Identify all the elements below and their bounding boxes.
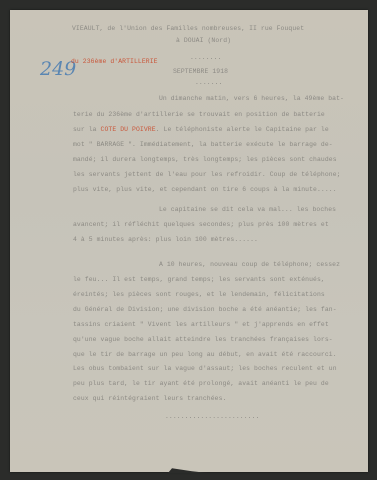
footer-separator: ........................ xyxy=(165,413,259,420)
paragraph-3-line-10: ceux qui réintégraient leurs tranchées. xyxy=(73,395,226,402)
paragraph-2-line-2: avancent; il réfléchit quelques secondes… xyxy=(73,221,329,228)
paragraph-3-line-5: tassins criaient " Vivent les artilleurs… xyxy=(73,321,329,328)
paragraph-1-line-3: sur la COTE DU POIVRE. Le téléphoniste a… xyxy=(73,126,329,133)
paragraph-1-line-5: mandé; il durera longtemps, très longtem… xyxy=(73,156,337,163)
paragraph-3-line-9: peu plus tard, le tir ayant été prolongé… xyxy=(73,380,329,387)
paragraph-3-line-6: qu'une vague boche allait atteindre les … xyxy=(73,336,333,343)
document-page: 249 VIEAULT, de l'Union des Familles nom… xyxy=(10,10,368,472)
date-heading: SEPTEMBRE 1918 xyxy=(173,68,228,75)
paragraph-3-line-1: A 10 heures, nouveau coup de téléphone; … xyxy=(159,261,340,268)
date-separator: ....... xyxy=(195,79,223,86)
paragraph-1-line-4: mot " BARRAGE ". Immédiatement, la batte… xyxy=(73,141,333,148)
header-separator: ........ xyxy=(190,54,221,61)
header-line-1: VIEAULT, de l'Union des Familles nombreu… xyxy=(72,25,304,32)
text-run: . Le téléphoniste alerte le Capitaine pa… xyxy=(156,126,329,133)
paragraph-1-line-1: Un dimanche matin, vers 6 heures, la 49è… xyxy=(159,95,344,102)
paragraph-2-line-3: 4 à 5 minutes après: plus loin 100 mètre… xyxy=(73,236,258,243)
paragraph-3-line-3: éreintés; les pièces sont rouges, et le … xyxy=(73,291,325,298)
text-run: sur la xyxy=(73,126,101,133)
unit-title: du 236ème d'ARTILLERIE xyxy=(71,58,158,65)
header-line-2: à DOUAI (Nord) xyxy=(176,37,231,44)
paragraph-1-line-2: terie du 236ème d'artillerie se trouvait… xyxy=(73,111,325,118)
paragraph-1-line-6: les servants jettent de l'eau pour les r… xyxy=(73,171,341,178)
paragraph-1-line-7: plus vite, plus vite, et cependant on ti… xyxy=(73,186,337,193)
paragraph-3-line-7: que le tir de barrage un peu long au déb… xyxy=(73,351,337,358)
paragraph-3-line-2: le feu... Il est temps, grand temps; les… xyxy=(73,276,325,283)
paragraph-3-line-8: Les obus tombaient sur la vague d'assaut… xyxy=(73,365,337,372)
paragraph-2-line-1: Le capitaine se dit cela va mal... les b… xyxy=(159,206,336,213)
place-name-cote-du-poivre: COTE DU POIVRE xyxy=(101,126,156,133)
paragraph-3-line-4: du Général de Division; une division boc… xyxy=(73,306,337,313)
